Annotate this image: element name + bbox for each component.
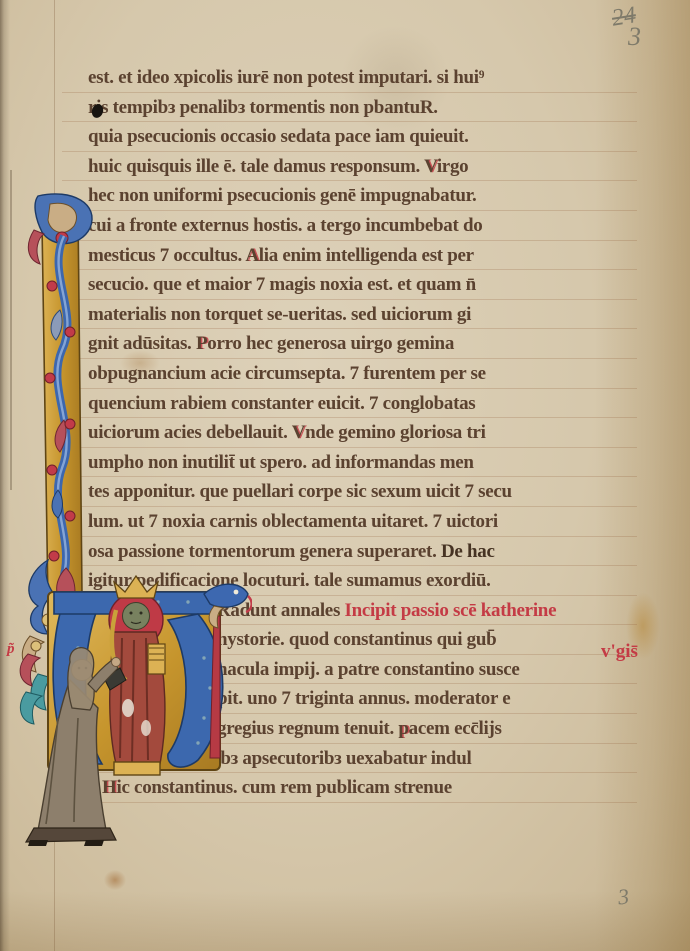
manuscript-text-line: tes apponitur. que puellari corpe sic se… — [62, 477, 637, 507]
page-edge-fold-line — [10, 170, 12, 490]
manuscript-text-line: quencium rabiem constanter euicit. 7 con… — [62, 389, 637, 419]
manuscript-text-line: uiciorum acies debellauit. Vnde gemino g… — [62, 418, 637, 448]
manuscript-text-line: lum. ut 7 noxia carnis oblectamenta uita… — [62, 507, 637, 537]
manuscript-page: est. et ideo xpicolis iurē non potest im… — [0, 0, 690, 951]
text-segment: osa passione tormentorum genera superare… — [88, 541, 441, 562]
text-segment: materialis non torquet se-ueritas. sed u… — [88, 304, 471, 325]
text-segment: lum. ut 7 noxia carnis oblectamenta uita… — [88, 511, 498, 532]
text-segment: hec non uniformi psecucionis genē impugn… — [88, 185, 476, 206]
margin-ruling-line — [54, 0, 55, 951]
text-segment: nacula impij. a patre constantino susce — [217, 659, 520, 680]
text-segment: cui a fronte externus hostis. a tergo in… — [88, 215, 482, 236]
text-segment: Incipit passio scē katherine — [345, 600, 557, 621]
text-segment: De hac — [441, 541, 495, 562]
text-segment: orro hec generosa uirgo gemina — [207, 333, 454, 354]
manuscript-text-line: nacula impij. a patre constantino susce — [62, 655, 637, 685]
manuscript-text-line: gnit adūsitas. Porro hec generosa uirgo … — [62, 329, 637, 359]
manuscript-text-line: materialis non torquet se-ueritas. sed u… — [62, 300, 637, 330]
text-segment: gnit adūsitas. — [88, 333, 196, 354]
text-segment: quencium rabiem constanter euicit. 7 con… — [88, 393, 475, 414]
text-segment: tes apponitur. que puellari corpe sic se… — [88, 481, 512, 502]
text-segment: pdecem annos. quibз apsecutoribз uexabat… — [75, 748, 471, 769]
text-segment: ris tempibз penalibз tormentis non pbant… — [88, 97, 438, 118]
text-block: est. et ideo xpicolis iurē non potest im… — [62, 63, 637, 803]
text-segment: mesticus 7 occultus. — [88, 245, 245, 266]
folio-number: 3 — [628, 22, 641, 52]
manuscript-text-line: pit. uno 7 triginta annus. moderator e — [62, 684, 637, 714]
text-segment: quia psecucionis occasio sedata pace iam… — [88, 126, 469, 147]
text-segment: uiciorum acies debellauit. — [88, 422, 292, 443]
text-segment: umpho non inutilit̄ ut spero. ad informa… — [88, 452, 474, 473]
manuscript-text-line: cui a fronte externus hostis. a tergo in… — [62, 211, 637, 241]
text-segment: est. et ideo xpicolis iurē non potest im… — [88, 67, 484, 88]
manuscript-text-line: huic quisquis ille ē. tale damus respons… — [62, 152, 637, 182]
manuscript-text-line: ris tempibз penalibз tormentis non pbant… — [62, 93, 637, 123]
parchment-stain — [104, 870, 126, 890]
text-segment: hystorie. quod constantinus qui gub̄ — [217, 629, 496, 650]
text-segment: lia enim intelligenda est per — [259, 245, 474, 266]
text-segment: V — [292, 422, 305, 443]
bottom-folio-number: 3 — [617, 883, 631, 910]
text-segment: huic quisquis ille ē. tale damus respons… — [88, 156, 424, 177]
margin-rubric: v'gis̄ — [601, 641, 638, 663]
manuscript-text-line: osa passione tormentorum genera superare… — [62, 537, 637, 567]
manuscript-text-line: secucio. que et maior 7 magis noxia est.… — [62, 270, 637, 300]
lowerleft-foliate-flourish — [20, 641, 42, 724]
text-segment: obpugnancium acie circumsepta. 7 furente… — [88, 363, 486, 384]
text-segment: igitur pedificacione locuturi. tale suma… — [88, 570, 491, 591]
manuscript-text-line: obpugnancium acie circumsepta. 7 furente… — [62, 359, 637, 389]
text-segment: H — [102, 777, 116, 798]
manuscript-text-line: quia psecucionis occasio sedata pace iam… — [62, 122, 637, 152]
manuscript-text-line: Radunt annales Incipit passio scē kather… — [62, 596, 637, 626]
text-segment: P — [196, 333, 207, 354]
text-segment: A — [245, 245, 258, 266]
manuscript-text-line: est. et ideo xpicolis iurē non potest im… — [62, 63, 637, 93]
text-segment: irgo — [437, 156, 469, 177]
text-segment: pit. uno 7 triginta annus. moderator e — [217, 688, 510, 709]
text-segment: acem ecc̄lijs — [409, 718, 502, 739]
manuscript-text-line: umpho non inutilit̄ ut spero. ad informa… — [62, 448, 637, 478]
text-segment: gregius regnum tenuit. — [217, 718, 398, 739]
manuscript-text-line: mesticus 7 occultus. Alia enim intellige… — [62, 241, 637, 271]
manuscript-text-line: gregius regnum tenuit. pacem ecc̄lijs — [62, 714, 637, 744]
text-segment: Radunt annales — [217, 600, 345, 621]
manuscript-text-line: pdecem annos. quibз apsecutoribз uexabat… — [62, 744, 637, 774]
text-segment: p — [398, 718, 408, 739]
manuscript-text-line: hec non uniformi psecucionis genē impugn… — [62, 181, 637, 211]
text-segment: secucio. que et maior 7 magis noxia est.… — [88, 274, 476, 295]
text-segment: sit. — [75, 777, 102, 798]
margin-red-mark: p̃ — [7, 641, 15, 658]
manuscript-text-line: hystorie. quod constantinus qui gub̄ — [62, 625, 637, 655]
manuscript-text-line: igitur pedificacione locuturi. tale suma… — [62, 566, 637, 596]
text-segment: V — [424, 156, 437, 177]
manuscript-text-line: sit. Hic constantinus. cum rem publicam … — [62, 773, 637, 803]
text-segment: ic constantinus. cum rem publicam strenu… — [117, 777, 452, 798]
text-segment: nde gemino gloriosa tri — [305, 422, 485, 443]
